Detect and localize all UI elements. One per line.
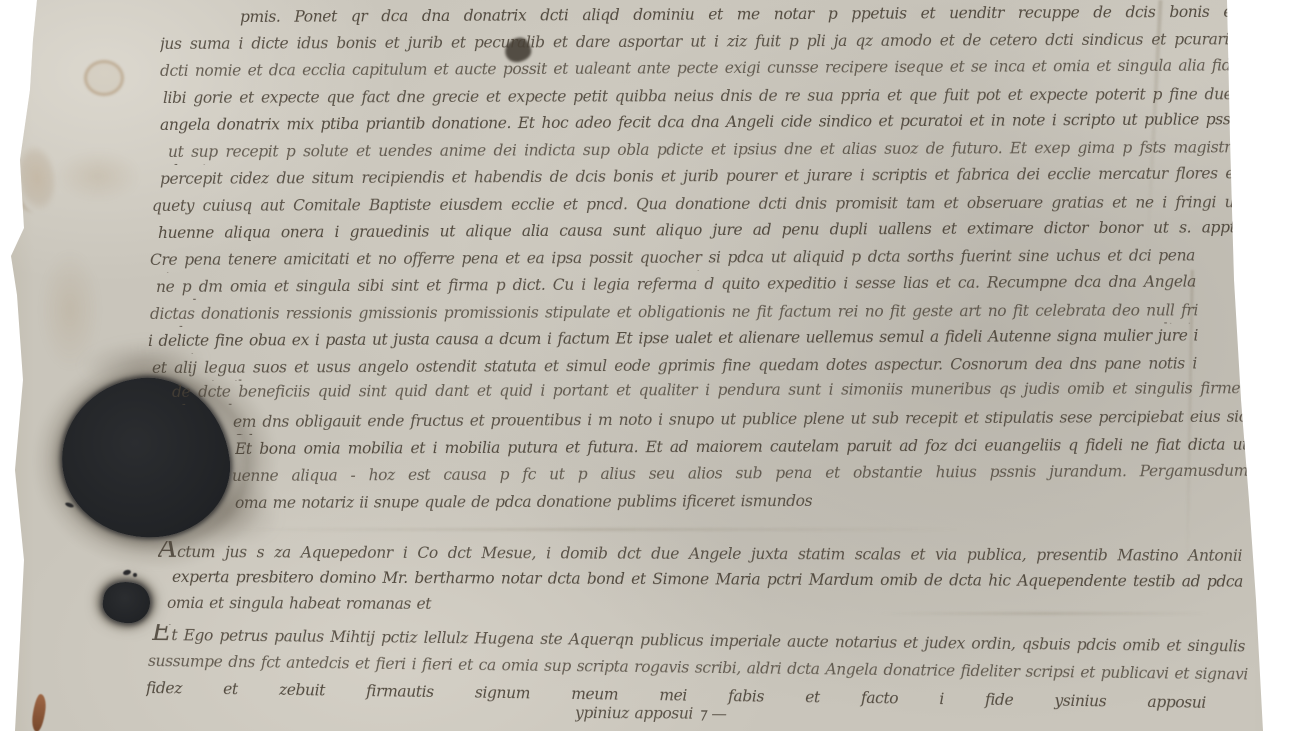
manuscript-line: dictas donationis ressionis gmissionis p…	[150, 301, 1198, 327]
manuscript-line: huenne aliqua onera i grauedinis ut aliq…	[158, 218, 1240, 246]
manuscript-line: libi gorie et expecte que fact dne greci…	[163, 85, 1240, 111]
manuscript-line: omia et singula habeat romanas et zotans…	[167, 594, 467, 617]
parchment-sheet: pmis. Ponet qr dca dna donatrix dcti ali…	[0, 0, 1300, 731]
manuscript-line: pmis. Ponet qr dca dna donatrix dcti ali…	[240, 3, 1238, 30]
photo-background: pmis. Ponet qr dca dna donatrix dcti ali…	[0, 0, 1300, 731]
stain-soft	[56, 150, 140, 202]
manuscript-line: oma me notariz ii snupe quale de pdca do…	[235, 492, 915, 516]
manuscript-line: Et bona omia mobilia et i mobilia putura…	[235, 436, 1248, 462]
manuscript-line: ne p dm omia et singula sibi sint et fir…	[156, 273, 1196, 300]
crease-line	[880, 612, 1210, 615]
manuscript-line: dcti nomie et dca ecclia capitulum et au…	[160, 56, 1240, 84]
manuscript-line: em dns obligauit ende fructus et prouent…	[233, 408, 1247, 435]
manuscript-line: i delicte fine obua ex i pasta ut justa …	[148, 327, 1198, 354]
manuscript-line: Et Ego petrus paulus Mihtij pctiz lellul…	[152, 624, 1245, 657]
manuscript-line: percepit cidez due situm recipiendis et …	[160, 164, 1240, 192]
manuscript-line: Actum jus s za Aquepedonr i Co dct Mesue…	[158, 541, 1242, 567]
manuscript-line: angela donatrix mix ptiba priantib donat…	[160, 110, 1240, 138]
manuscript-line: de dcte beneficiis quid sint quid dant e…	[172, 379, 1246, 405]
manuscript-line: et alij legua suos et usus angelo ostend…	[152, 354, 1197, 381]
manuscript-line: quety cuiusq aut Comitale Baptiste eiusd…	[152, 193, 1240, 219]
ink-speck	[133, 573, 137, 577]
manuscript-line: jus suma i dicte idus bonis et jurib et …	[160, 30, 1238, 57]
crease-line	[240, 528, 960, 531]
manuscript-line: uenne aliqua - hoz est causa p fc ut p a…	[232, 462, 1248, 489]
stain-soft	[40, 250, 100, 370]
stain-ring	[84, 60, 124, 96]
red-thread-mark	[31, 693, 48, 731]
manuscript-line: experta presbitero domino Mr. bertharmo …	[172, 568, 1243, 595]
manuscript-line: ypiniuz apposui ⁊ —	[575, 704, 835, 727]
stain-patch-left-edge	[9, 141, 61, 214]
manuscript-line: ut sup recepit p solute et uendes anime …	[168, 138, 1240, 165]
manuscript-line: Cre pena tenere amicitati et no offerre …	[150, 246, 1195, 273]
